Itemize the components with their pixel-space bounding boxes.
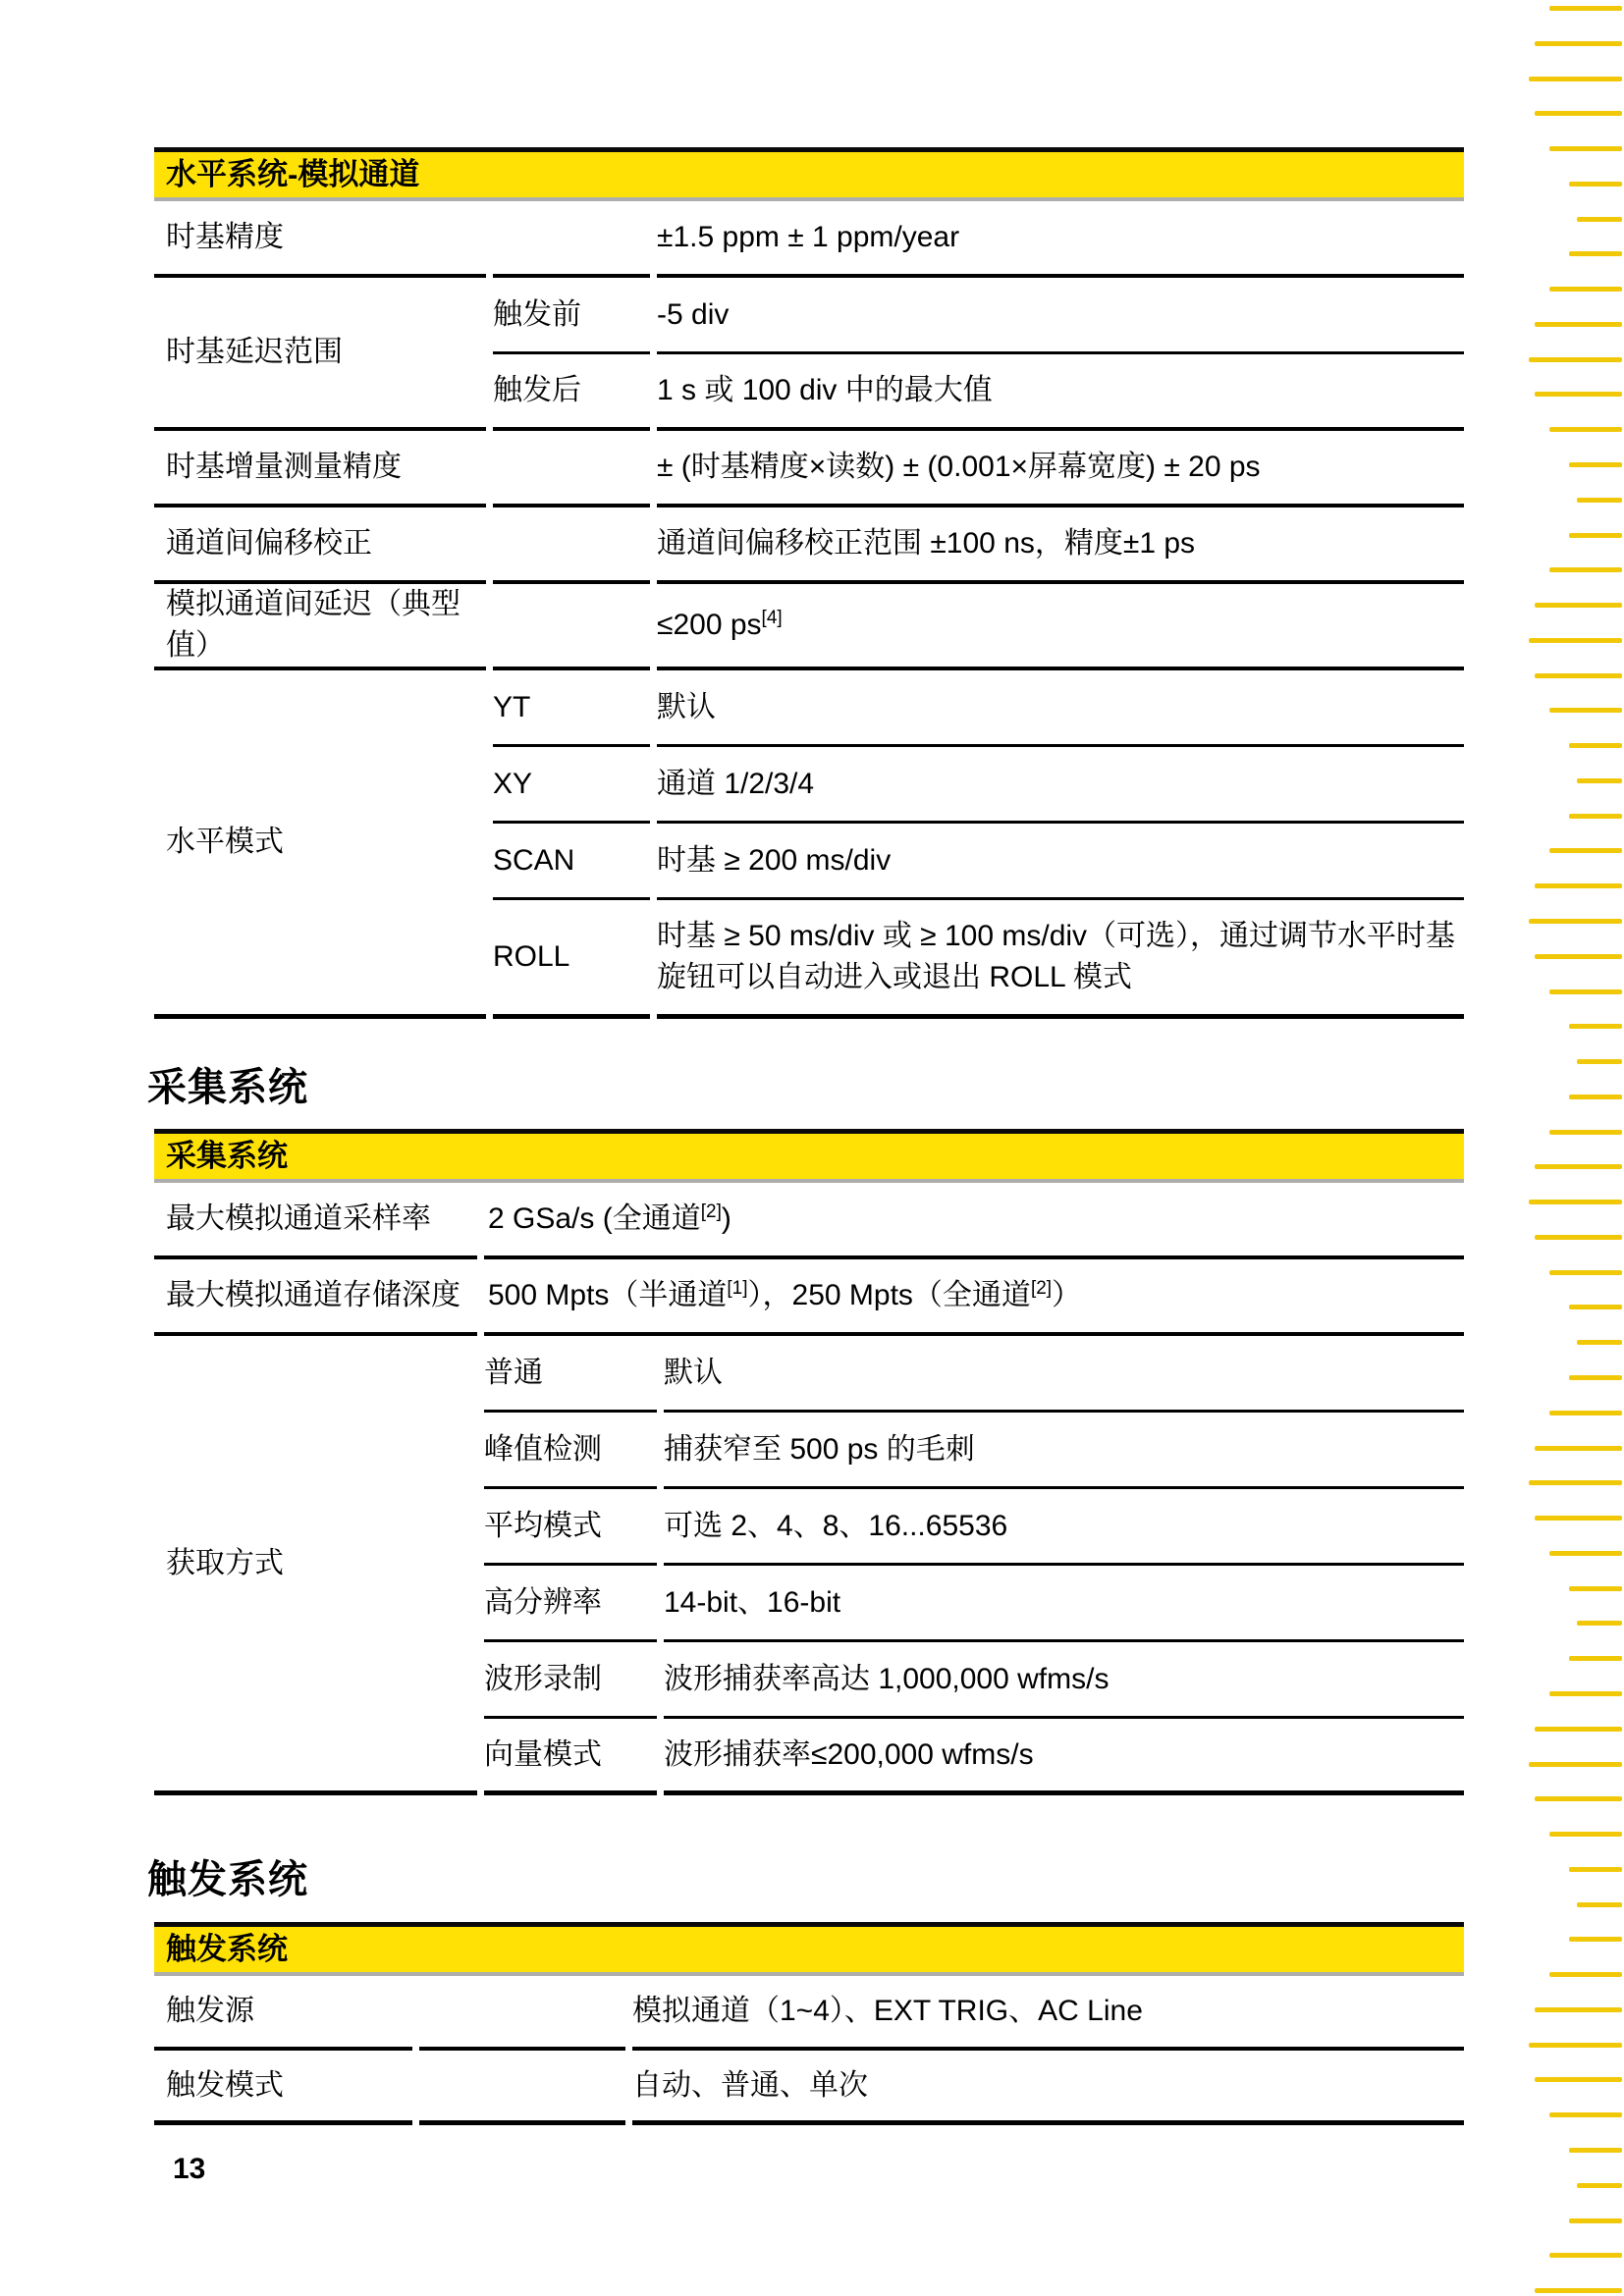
spec-label-cell: 时基精度: [154, 201, 486, 278]
spec-sub-cell: 向量模式: [484, 1719, 657, 1795]
edge-dash: [1549, 1972, 1622, 1977]
spec-sub-cell: 普通: [484, 1336, 657, 1413]
edge-dash: [1535, 1796, 1622, 1801]
edge-dash: [1577, 498, 1622, 503]
edge-dash: [1569, 2148, 1622, 2153]
edge-dash: [1549, 1551, 1622, 1556]
edge-dash: [1535, 392, 1622, 397]
spec-sub-cell: 触发前: [493, 278, 650, 354]
edge-dash: [1577, 217, 1622, 222]
edge-dash: [1529, 638, 1622, 643]
edge-dash: [1549, 848, 1622, 853]
table-header-horizontal: 水平系统-模拟通道: [154, 147, 1464, 201]
spec-table-horizontal: 水平系统-模拟通道 时基精度 ±1.5 ppm ± 1 ppm/year 时基延…: [147, 147, 1471, 1019]
spec-sub-cell: YT: [493, 670, 650, 747]
spec-table-trigger: 触发系统 触发源 模拟通道（1~4）、EXT TRIG、AC Line 触发模式…: [147, 1922, 1471, 2125]
edge-dash: [1549, 2253, 1622, 2258]
spec-label-cell: 触发源: [154, 1976, 412, 2051]
edge-dash: [1549, 1130, 1622, 1135]
spec-value-cell: 默认: [657, 670, 1464, 747]
edge-dash: [1549, 989, 1622, 994]
spec-sub-cell: ROLL: [493, 900, 650, 1019]
edge-dash: [1535, 2077, 1622, 2082]
spec-sub-cell: SCAN: [493, 824, 650, 900]
edge-dash: [1569, 1937, 1622, 1942]
edge-dash: [1577, 1621, 1622, 1626]
edge-dash: [1529, 357, 1622, 362]
spec-label-cell: 触发模式: [154, 2051, 412, 2125]
edge-dash: [1569, 1305, 1622, 1309]
edge-dash: [1535, 673, 1622, 678]
spec-sub-cell: 峰值检测: [484, 1413, 657, 1489]
spec-sub-cell: 波形录制: [484, 1642, 657, 1719]
edge-dash: [1535, 1446, 1622, 1451]
edge-dash: [1549, 146, 1622, 151]
edge-dash: [1577, 1340, 1622, 1345]
spec-table-acquisition: 采集系统 最大模拟通道采样率 2 GSa/s (全通道[2]) 最大模拟通道存储…: [147, 1129, 1471, 1795]
spec-sub-cell: XY: [493, 747, 650, 824]
spec-value-cell: 通道 1/2/3/4: [657, 747, 1464, 824]
edge-dash: [1569, 182, 1622, 187]
edge-dash: [1535, 111, 1622, 116]
edge-dash: [1535, 603, 1622, 608]
spec-value-cell: 可选 2、4、8、16...65536: [664, 1489, 1464, 1566]
spec-label-cell: 时基增量测量精度: [154, 431, 486, 507]
edge-dash: [1535, 1516, 1622, 1521]
spec-label-cell: 获取方式: [154, 1336, 477, 1795]
spec-value-cell: 通道间偏移校正范围 ±100 ns，精度±1 ps: [657, 507, 1464, 584]
section-heading-trigger: 触发系统: [147, 1848, 308, 1904]
table-header-acquisition: 采集系统: [154, 1129, 1464, 1183]
edge-dash: [1549, 567, 1622, 572]
edge-dash: [1535, 41, 1622, 46]
spec-sub-cell: 高分辨率: [484, 1566, 657, 1642]
spec-label-cell: 通道间偏移校正: [154, 507, 486, 584]
edge-dash: [1569, 533, 1622, 538]
edge-dash: [1569, 1375, 1622, 1380]
edge-dash: [1577, 778, 1622, 783]
edge-dash: [1529, 2043, 1622, 2048]
edge-dash: [1535, 954, 1622, 959]
edge-dash: [1549, 1411, 1622, 1415]
page: 水平系统-模拟通道 时基精度 ±1.5 ppm ± 1 ppm/year 时基延…: [0, 0, 1624, 2296]
spec-value-cell: ±1.5 ppm ± 1 ppm/year: [657, 201, 1464, 278]
edge-dash: [1569, 814, 1622, 819]
edge-dash: [1549, 427, 1622, 432]
spec-sub-cell: 触发后: [493, 354, 650, 431]
edge-dash: [1535, 883, 1622, 888]
edge-dash: [1569, 743, 1622, 748]
spec-label-cell: 时基延迟范围: [154, 278, 486, 431]
spec-empty-cell: [493, 584, 650, 670]
edge-dash: [1569, 1867, 1622, 1872]
spec-value-cell: 捕获窄至 500 ps 的毛刺: [664, 1413, 1464, 1489]
spec-label-cell: 水平模式: [154, 670, 486, 1019]
edge-dash: [1577, 1902, 1622, 1907]
edge-dash: [1569, 1095, 1622, 1099]
spec-value-cell: 默认: [664, 1336, 1464, 1413]
edge-dash: [1569, 251, 1622, 256]
spec-value-cell: ≤200 ps[4]: [657, 584, 1464, 670]
edge-dash: [1535, 1164, 1622, 1169]
edge-dash: [1529, 77, 1622, 81]
section-heading-acquisition: 采集系统: [147, 1056, 308, 1112]
spec-label-cell: 最大模拟通道存储深度: [154, 1259, 477, 1336]
page-number: 13: [173, 2153, 205, 2186]
edge-dash: [1569, 1024, 1622, 1029]
spec-label-cell: 最大模拟通道采样率: [154, 1183, 477, 1259]
spec-value-cell: 波形捕获率≤200,000 wfms/s: [664, 1719, 1464, 1795]
edge-dash: [1535, 1235, 1622, 1240]
edge-dash: [1529, 1200, 1622, 1204]
edge-dash: [1569, 462, 1622, 467]
spec-empty-cell: [493, 507, 650, 584]
spec-value-cell: 自动、普通、单次: [632, 2051, 1464, 2125]
edge-dash: [1549, 1270, 1622, 1275]
edge-dash: [1535, 2288, 1622, 2293]
table-header-trigger: 触发系统: [154, 1922, 1464, 1976]
edge-dash: [1549, 1691, 1622, 1696]
spec-empty-cell: [419, 2051, 625, 2125]
edge-dash: [1535, 1727, 1622, 1732]
edge-dash: [1569, 2218, 1622, 2223]
spec-sub-cell: 平均模式: [484, 1489, 657, 1566]
edge-dash: [1549, 708, 1622, 713]
spec-empty-cell: [493, 431, 650, 507]
spec-empty-cell: [419, 1976, 625, 2051]
spec-label-cell: 模拟通道间延迟（典型值）: [154, 584, 486, 670]
spec-value-cell: 2 GSa/s (全通道[2]): [484, 1183, 1464, 1259]
spec-value-cell: 14-bit、16-bit: [664, 1566, 1464, 1642]
edge-dash: [1529, 919, 1622, 924]
edge-dash: [1569, 1586, 1622, 1591]
spec-value-cell: 1 s 或 100 div 中的最大值: [657, 354, 1464, 431]
edge-dash: [1577, 2183, 1622, 2188]
edge-dash: [1535, 322, 1622, 327]
spec-value-cell: 时基 ≥ 200 ms/div: [657, 824, 1464, 900]
edge-dash: [1549, 2112, 1622, 2117]
spec-value-cell: 模拟通道（1~4）、EXT TRIG、AC Line: [632, 1976, 1464, 2051]
spec-value-cell: ± (时基精度×读数) ± (0.001×屏幕宽度) ± 20 ps: [657, 431, 1464, 507]
edge-dash: [1529, 1480, 1622, 1485]
spec-value-cell: 时基 ≥ 50 ms/div 或 ≥ 100 ms/div（可选），通过调节水平…: [657, 900, 1464, 1019]
edge-dash: [1569, 1656, 1622, 1661]
edge-dash: [1549, 1832, 1622, 1837]
spec-empty-cell: [493, 201, 650, 278]
edge-dash: [1577, 1059, 1622, 1064]
spec-value-cell: 500 Mpts（半通道[1]），250 Mpts（全通道[2]）: [484, 1259, 1464, 1336]
edge-dash: [1549, 287, 1622, 292]
spec-value-cell: 波形捕获率高达 1,000,000 wfms/s: [664, 1642, 1464, 1719]
edge-dash: [1529, 1762, 1622, 1767]
edge-dash: [1549, 6, 1622, 11]
spec-value-cell: -5 div: [657, 278, 1464, 354]
edge-dash: [1535, 2007, 1622, 2012]
